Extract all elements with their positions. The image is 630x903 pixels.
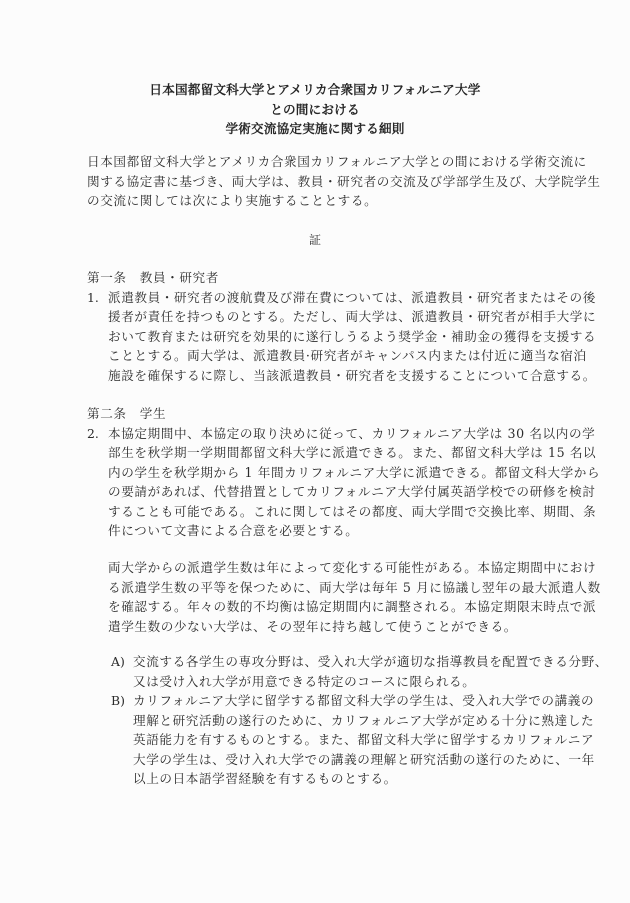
sub-item-line: 以上の日本語学習経験を有するものとする。 (133, 769, 397, 789)
paragraph-line: 遣学生数の少ない大学は、その翌年に持ち越して使うことができる。 (108, 617, 517, 637)
paragraph-line: る派遣学生数の平等を保つために、両大学は毎年 5 月に協議し翌年の最大派遣人数 (108, 578, 601, 598)
article-1-item-number: 1. (87, 288, 99, 308)
paragraph-line: を確認する。年々の数的不均衡は協定期間内に調整される。本協定期限末時点で派 (108, 597, 596, 617)
article-2-item-number: 2. (87, 424, 99, 444)
sub-item-label: A) (111, 652, 125, 672)
sub-item-label: B) (111, 691, 125, 711)
article-2-heading: 第二条 学生 (87, 404, 166, 424)
article-1-heading: 第一条 教員・研究者 (87, 268, 219, 288)
document-title: 日本国都留文科大学とアメリカ合衆国カリフォルニア大学 との間における 学術交流協… (0, 80, 630, 139)
sub-item-line: 理解と研究活動の遂行のために、カリフォルニア大学が定める十分に熟達した (133, 711, 594, 731)
article-2-line: 本協定期間中、本協定の取り決めに従って、カリフォルニア大学は 30 名以内の学 (108, 424, 595, 444)
document-page: 日本国都留文科大学とアメリカ合衆国カリフォルニア大学 との間における 学術交流協… (0, 0, 630, 903)
article-1-line: 派遣教員・研究者の渡航費及び滞在費については、派遣教員・研究者またはその後 (108, 288, 596, 308)
sub-item-line: 又は受け入れ大学が用意できる特定のコースに限られる。 (133, 672, 475, 692)
title-line-3: 学術交流協定実施に関する細則 (0, 119, 630, 139)
preamble-line: 日本国都留文科大学とアメリカ合衆国カリフォルニア大学との間における学術交流に (87, 152, 587, 172)
title-line-1: 日本国都留文科大学とアメリカ合衆国カリフォルニア大学 (0, 80, 630, 100)
sub-item-line: 大学の学生は、受け入れ大学での講義の理解と研究活動の遂行のために、一年 (133, 750, 595, 770)
title-line-2: との間における (0, 100, 630, 120)
sub-item-line: 英語能力を有するものとする。また、都留文科大学に留学するカリフォルニア (133, 730, 594, 750)
preamble-line: 関する協定書に基づき、両大学は、教員・研究者の交流及び学部学生及び、大学院学生 (87, 172, 601, 192)
article-1-line: 援者が責任を持つものとする。ただし、両大学は、派遣教員・研究者が相手大学に (108, 307, 596, 327)
article-2-line: することも可能である。これに関してはその都度、両大学間で交換比率、期間、条 (108, 502, 596, 522)
center-mark: 証 (0, 231, 630, 248)
article-1-line: 施設を確保するに際し、当該派遣教員・研究者を支援することについて合意する。 (108, 366, 596, 386)
preamble-line: の交流に関しては次により実施することとする。 (87, 191, 377, 211)
article-2-line: 部生を秋学期一学期間都留文科大学に派遣できる。また、都留文科大学は 15 名以 (108, 443, 596, 463)
sub-item-line: カリフォルニア大学に留学する都留文科大学の学生は、受入れ大学での講義の (133, 691, 594, 711)
article-1-line: おいて教育または研究を効果的に遂行しうるよう奨学金・補助金の獲得を支援する (108, 327, 596, 347)
article-2-line: 内の学生を秋学期から 1 年間カリフォルニア大学に派遣できる。都留文科大学から (108, 463, 600, 483)
article-1-line: こととする。両大学は、派遣教員·研究者がキャンパス内または付近に適当な宿泊 (108, 346, 587, 366)
sub-item-line: 交流する各学生の専攻分野は、受入れ大学が適切な指導教員を配置できる分野、 (133, 652, 608, 672)
article-2-line: の要請があれば、代替措置としてカリフォルニア大学付属英語学校での研修を検討 (108, 482, 596, 502)
article-2-line: 件について文書による合意を必要とする。 (108, 521, 358, 541)
paragraph-line: 両大学からの派遣学生数は年によって変化する可能性がある。本協定期間中におけ (108, 558, 596, 578)
